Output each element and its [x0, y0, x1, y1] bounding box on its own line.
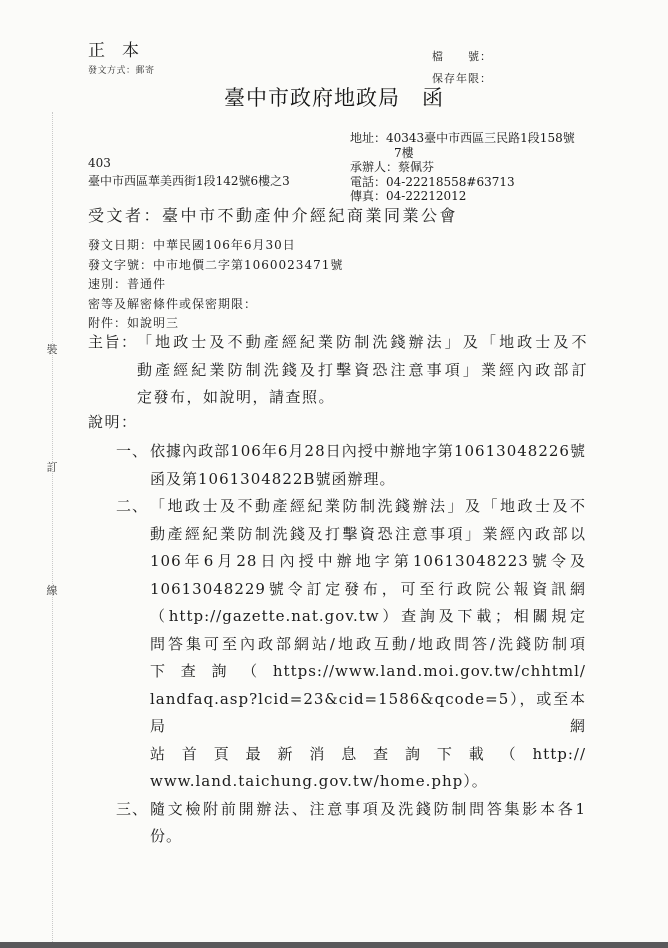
- contact-address-line2: 7樓: [350, 146, 575, 161]
- contact-person-line: 承辦人：蔡佩芬: [350, 160, 575, 175]
- security-line: 密等及解密條件或保密期限：: [88, 295, 343, 315]
- subject-label: 主旨：: [88, 329, 138, 357]
- explanation-item-3: 三、 隨文檢附前開辦法、注意事項及洗錢防制問答集影本各1 份。: [116, 796, 586, 851]
- priority-line: 速別：普通件: [88, 275, 343, 295]
- file-number-label: 檔 號：: [432, 46, 492, 68]
- item-line: 問答集可至內政部網站/地政互動/地政問答/洗錢防制項: [150, 631, 586, 659]
- subject-section: 主旨： 「地政士及不動產經紀業防制洗錢辦法」及「地政士及不 動產經紀業防制洗錢及…: [88, 329, 588, 412]
- binding-dotted-line: [52, 112, 53, 942]
- scanned-official-letter: 正 本 發文方式：郵寄 檔 號： 保存年限： 臺中市政府地政局 函 地址：403…: [0, 0, 668, 948]
- explanation-label: 說明：: [88, 411, 138, 432]
- item-line: 份。: [150, 823, 586, 851]
- issue-date-line: 發文日期：中華民國106年6月30日: [88, 236, 343, 256]
- item-line: 依據內政部106年6月28日內授中辦地字第10613048226號: [150, 438, 586, 466]
- subject-line: 動產經紀業防制洗錢及打擊資恐注意事項」業經內政部訂: [137, 357, 588, 385]
- item-number: 三、: [116, 796, 148, 824]
- doc-number-line: 發文字號：中市地價二字第1060023471號: [88, 256, 343, 276]
- subject-line: 定發布，如說明，請查照。: [137, 384, 588, 412]
- item-line: 10613048229號令訂定發布，可至行政院公報資訊網: [150, 576, 586, 604]
- addressee-address: 臺中市西區華美西街1段142號6樓之3: [88, 172, 290, 190]
- item-line: 站首頁最新消息查詢下載（http://: [150, 741, 586, 769]
- contact-fax-line: 傳真：04-22212012: [350, 189, 575, 204]
- item-line: www.land.taichung.gov.tw/home.php）。: [150, 768, 586, 796]
- contact-address-line: 地址：40343臺中市西區三民路1段158號: [350, 131, 575, 146]
- recipient-line: 受文者：臺中市不動產仲介經紀商業同業公會: [88, 203, 458, 226]
- subject-line: 「地政士及不動產經紀業防制洗錢辦法」及「地政士及不: [137, 329, 588, 357]
- item-line: 動產經紀業防制洗錢及打擊資恐注意事項」業經內政部以: [150, 521, 586, 549]
- explanation-item-1: 一、 依據內政部106年6月28日內授中辦地字第10613048226號 函及第…: [116, 438, 586, 493]
- addressee-postal-code: 403: [88, 154, 290, 172]
- binding-mark-ding: 訂: [45, 459, 59, 475]
- binding-mark-xian: 線: [45, 582, 59, 598]
- document-title: 臺中市政府地政局 函: [0, 82, 668, 112]
- addressee-block: 403 臺中市西區華美西街1段142號6樓之3: [88, 154, 290, 190]
- item-line: landfaq.asp?lcid=23&cid=1586&qcode=5），或至…: [150, 686, 586, 741]
- item-line: 下查詢（https://www.land.moi.gov.tw/chhtml/: [150, 658, 586, 686]
- explanation-items: 一、 依據內政部106年6月28日內授中辦地字第10613048226號 函及第…: [116, 438, 586, 851]
- contact-phone-line: 電話：04-22218558#63713: [350, 175, 575, 190]
- item-number: 二、: [116, 493, 148, 521]
- item-line: 「地政士及不動產經紀業防制洗錢辦法」及「地政士及不: [150, 493, 586, 521]
- doc-meta-block: 發文日期：中華民國106年6月30日 發文字號：中市地價二字第106002347…: [88, 236, 343, 334]
- copy-type-label: 正 本: [88, 36, 139, 61]
- item-line: 106年6月28日內授中辦地字第10613048223號令及: [150, 548, 586, 576]
- explanation-item-2: 二、 「地政士及不動產經紀業防制洗錢辦法」及「地政士及不 動產經紀業防制洗錢及打…: [116, 493, 586, 796]
- item-line: 隨文檢附前開辦法、注意事項及洗錢防制問答集影本各1: [150, 796, 586, 824]
- item-line: （http://gazette.nat.gov.tw）查詢及下載；相關規定: [150, 603, 586, 631]
- delivery-method-label: 發文方式：郵寄: [88, 63, 155, 76]
- item-number: 一、: [116, 438, 148, 466]
- item-line: 函及第1061304822B號函辦理。: [150, 466, 586, 494]
- contact-info-block: 地址：40343臺中市西區三民路1段158號 7樓 承辦人：蔡佩芬 電話：04-…: [350, 131, 575, 204]
- scan-bottom-edge: [0, 942, 668, 948]
- binding-mark-zhuang: 裝: [45, 341, 59, 357]
